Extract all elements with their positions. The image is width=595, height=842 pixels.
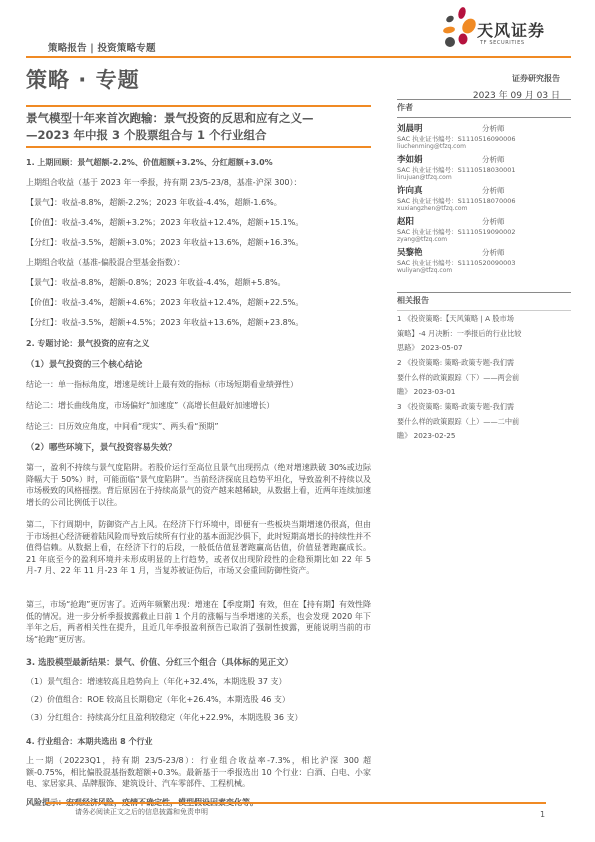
paragraph-1: 第一，盈利不持续与景气度陷阱。若股价运行至高位且景气出现拐点（绝对增速跌破 30… (26, 462, 371, 508)
author-card: 赵阳 分析师 SAC 执业证书编号：S1110519090002 zyang@t… (397, 215, 567, 247)
section2-sub1: （1）景气投资的三个核心结论 (26, 358, 142, 370)
author-email[interactable]: lirujuan@tfzq.com (397, 174, 567, 181)
author-card: 刘晨明 分析师 SAC 执业证书编号：S1110516090006 liuche… (397, 122, 567, 154)
logo-text-en: TF SECURITIES (480, 40, 525, 46)
related-report-link[interactable]: 1 《投资策略:【天风策略 | A 股市场 策略】-4 月决断：一季报后的行业比… (397, 312, 567, 356)
related-reports-section: 相关报告 (397, 295, 567, 306)
related-report-line: 3 《投资策略: 策略·政策专题-我们需 (397, 400, 567, 415)
author-role: 分析师 (482, 247, 505, 258)
group1-row: 【价值】：收益-3.4%，超额+3.2%；2023 年收益+12.4%，超额+1… (26, 217, 303, 228)
related-report-line: 瞻》 2023-02-25 (397, 429, 567, 444)
author-role: 分析师 (482, 216, 505, 227)
header-divider (26, 56, 571, 58)
title-divider (26, 105, 371, 107)
group2-row: 【价值】：收益-3.4%，超额+4.6%；2023 年收益+12.4%，超额+2… (26, 297, 303, 308)
paragraph-2: 第二，下行周期中，防御资产占上风。在经济下行环境中，即便有一些板块当期增速仍很高… (26, 519, 371, 577)
related-heading-divider (397, 310, 571, 311)
author-role: 分析师 (482, 154, 505, 165)
page-title: 策略 · 专题 (26, 64, 140, 94)
conclusion-1: 结论一：单一指标角度，增速是统计上最有效的指标（市场短期看业绩弹性） (26, 379, 298, 390)
section3-heading: 3. 选股模型最新结果：景气、价值、分红三个组合（具体标的见正文） (26, 656, 293, 668)
company-logo: 天风证券 TF SECURITIES (440, 6, 560, 54)
breadcrumb: 策略报告 | 投资策略专题 (48, 40, 156, 54)
group2-row: 【分红】：收益-3.5%，超额+4.5%；2023 年收益+13.6%，超额+2… (26, 317, 303, 328)
section4-paragraph: 上一期（20223Q1，持有期 23/5-23/8）：行业组合收益率-7.3%，… (26, 755, 371, 790)
authors-section: 作者 (397, 102, 567, 113)
related-report-line: 策略】-4 月决断：一季报后的行业比较 (397, 327, 567, 342)
group2-row: 【景气】：收益-8.8%，超额-0.8%；2023 年收益-4.4%，超额+5.… (26, 277, 286, 288)
group1-intro: 上期组合收益（基于 2023 年一季报，持有期 23/5-23/8，基准-沪深 … (26, 177, 302, 188)
author-role: 分析师 (482, 185, 505, 196)
related-report-line: 2 《投资策略: 策略·政策专题-我们需 (397, 356, 567, 371)
section1-heading: 1. 上期回顾：景气超额-2.2%、价值超额+3.2%、分红超额+3.0% (26, 157, 273, 168)
tf-flower-icon (440, 6, 476, 50)
author-email[interactable]: liuchenming@tfzq.com (397, 143, 567, 150)
report-title-line2: —2023 年中报 3 个股票组合与 1 个行业组合 (26, 127, 371, 144)
footer-divider (46, 802, 546, 804)
logo-text-cn: 天风证券 (477, 18, 545, 41)
author-card: 李如娟 分析师 SAC 执业证书编号：S1110518030001 liruju… (397, 153, 567, 185)
author-email[interactable]: wuliyan@tfzq.com (397, 267, 567, 274)
group2-intro: 上期组合收益（基准-偏股混合型基金指数）： (26, 257, 185, 268)
author-cert: SAC 执业证书编号：S1110519090002 (397, 227, 567, 236)
author-cert: SAC 执业证书编号：S1110516090006 (397, 134, 567, 143)
section2-sub2: （2）哪些环境下，景气投资容易失效？ (26, 441, 176, 453)
related-report-line: 思路》 2023-05-07 (397, 341, 567, 356)
author-card: 许向真 分析师 SAC 执业证书编号：S1110518070006 xuxian… (397, 184, 567, 216)
page-number: 1 (540, 810, 545, 819)
related-report-line: 要什么样的政策跟踪（下）——两会前 (397, 371, 567, 386)
author-cert: SAC 执业证书编号：S1110520090003 (397, 258, 567, 267)
conclusion-3: 结论三：日历效应角度，中间看“现实”、两头看“预期” (26, 421, 219, 432)
related-report-line: 要什么样的政策跟踪（上）——二中前 (397, 415, 567, 430)
author-cert: SAC 执业证书编号：S1110518030001 (397, 165, 567, 174)
disclaimer-text: 请务必阅读正文之后的信息披露和免责申明 (75, 807, 208, 817)
related-report-line: 瞻》 2023-03-01 (397, 385, 567, 400)
sidebar-top-divider (397, 99, 571, 100)
authors-divider (397, 117, 571, 118)
section4-heading: 4. 行业组合：本期共选出 8 个行业 (26, 736, 153, 747)
report-title-divider (26, 146, 371, 148)
related-divider (397, 292, 571, 293)
report-title: 景气模型十年来首次跑输：景气投资的反思和应有之义— —2023 年中报 3 个股… (26, 110, 371, 144)
group1-row: 【分红】：收益-3.5%，超额+3.0%；2023 年收益+13.6%，超额+1… (26, 237, 303, 248)
portfolio-item: （2）价值组合：ROE 较高且长期稳定（年化+26.4%，本期选股 46 支） (26, 694, 290, 705)
related-heading: 相关报告 (397, 295, 567, 306)
portfolio-item: （3）分红组合：持续高分红且盈利较稳定（年化+22.9%，本期选股 36 支） (26, 712, 302, 723)
related-report-link[interactable]: 2 《投资策略: 策略·政策专题-我们需 要什么样的政策跟踪（下）——两会前 瞻… (397, 356, 567, 400)
conclusion-2: 结论二：增长曲线角度，市场偏好“加速度”（高增长但最好加速增长） (26, 400, 274, 411)
paragraph-3: 第三，市场“抢跑”更厉害了。近两年频繁出现：增速在【季度期】有效，但在【持有期】… (26, 599, 371, 645)
author-card: 吴黎艳 分析师 SAC 执业证书编号：S1110520090003 wuliya… (397, 246, 567, 278)
author-email[interactable]: xuxiangzhen@tfzq.com (397, 205, 567, 212)
portfolio-item: （1）景气组合：增速较高且趋势向上（年化+32.4%，本期选股 37 支） (26, 676, 286, 687)
report-type: 证券研究报告 (512, 73, 560, 84)
report-title-line1: 景气模型十年来首次跑输：景气投资的反思和应有之义— (26, 110, 371, 127)
author-role: 分析师 (482, 123, 505, 134)
authors-heading: 作者 (397, 102, 567, 113)
section2-heading: 2. 专题讨论：景气投资的应有之义 (26, 338, 149, 349)
group1-row: 【景气】：收益-8.8%，超额-2.2%；2023 年收益-4.4%，超额-1.… (26, 197, 282, 208)
related-report-line: 1 《投资策略:【天风策略 | A 股市场 (397, 312, 567, 327)
author-email[interactable]: zyang@tfzq.com (397, 236, 567, 243)
related-report-link[interactable]: 3 《投资策略: 策略·政策专题-我们需 要什么样的政策跟踪（上）——二中前 瞻… (397, 400, 567, 444)
author-cert: SAC 执业证书编号：S1110518070006 (397, 196, 567, 205)
